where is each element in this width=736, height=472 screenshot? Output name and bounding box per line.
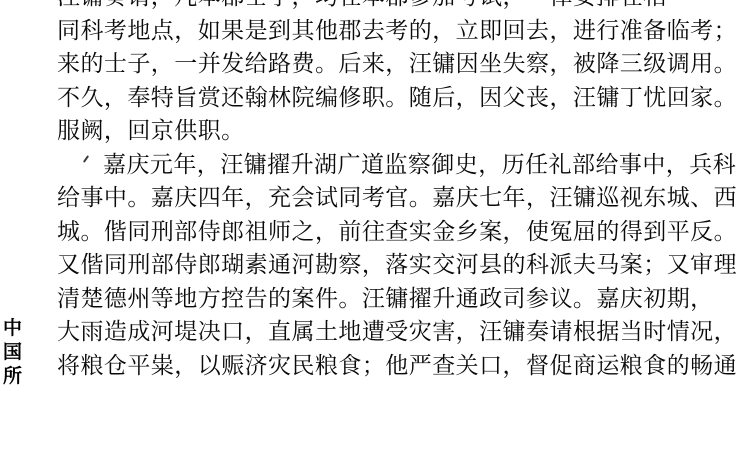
text-line: 大雨造成河堤决口，直属土地遭受灾害，汪镛奏请根据当时情况，: [57, 315, 673, 349]
text-line: 嘉庆元年，汪镛擢升湖广道监察御史，历任礼部给事中，兵科: [57, 148, 673, 182]
text-line: 城。偕同刑部侍郎祖师之，前往查实金乡案，使冤屈的得到平反。: [57, 215, 673, 249]
margin-label: 中 国 所: [3, 319, 25, 386]
text-line: 清楚德州等地方控告的案件。汪镛擢升通政司参议。嘉庆初期，: [57, 282, 673, 316]
page: 中 国 所 汪镛奏请，凡本郡士子，均在本郡参加考试，一律安排在相 同科考地点，如…: [0, 0, 736, 472]
text-line: 给事中。嘉庆四年，充会试同考官。嘉庆七年，汪镛巡视东城、西: [57, 181, 673, 215]
text-line: 服阙，回京供职。: [57, 114, 673, 148]
margin-char: 中: [3, 319, 25, 338]
margin-char: 所: [3, 367, 25, 386]
text-line: 又偕同刑部侍郎瑚素通河勘察，落实交河县的科派夫马案；又审理: [57, 248, 673, 282]
text-line: 同科考地点，如果是到其他郡去考的，立即回去，进行准备临考；远: [57, 14, 673, 48]
margin-char: 国: [3, 343, 25, 362]
body-text: 汪镛奏请，凡本郡士子，均在本郡参加考试，一律安排在相 同科考地点，如果是到其他郡…: [57, 0, 673, 382]
text-line-clipped: 汪镛奏请，凡本郡士子，均在本郡参加考试，一律安排在相: [57, 0, 673, 14]
text-line: 将粮仓平粜，以赈济灾民粮食；他严查关口，督促商运粮食的畅通，: [57, 349, 673, 383]
text-line: 不久，奉特旨赏还翰林院编修职。随后，因父丧，汪镛丁忧回家。: [57, 81, 673, 115]
text-line: 来的士子，一并发给路费。后来，汪镛因坐失察，被降三级调用。: [57, 47, 673, 81]
